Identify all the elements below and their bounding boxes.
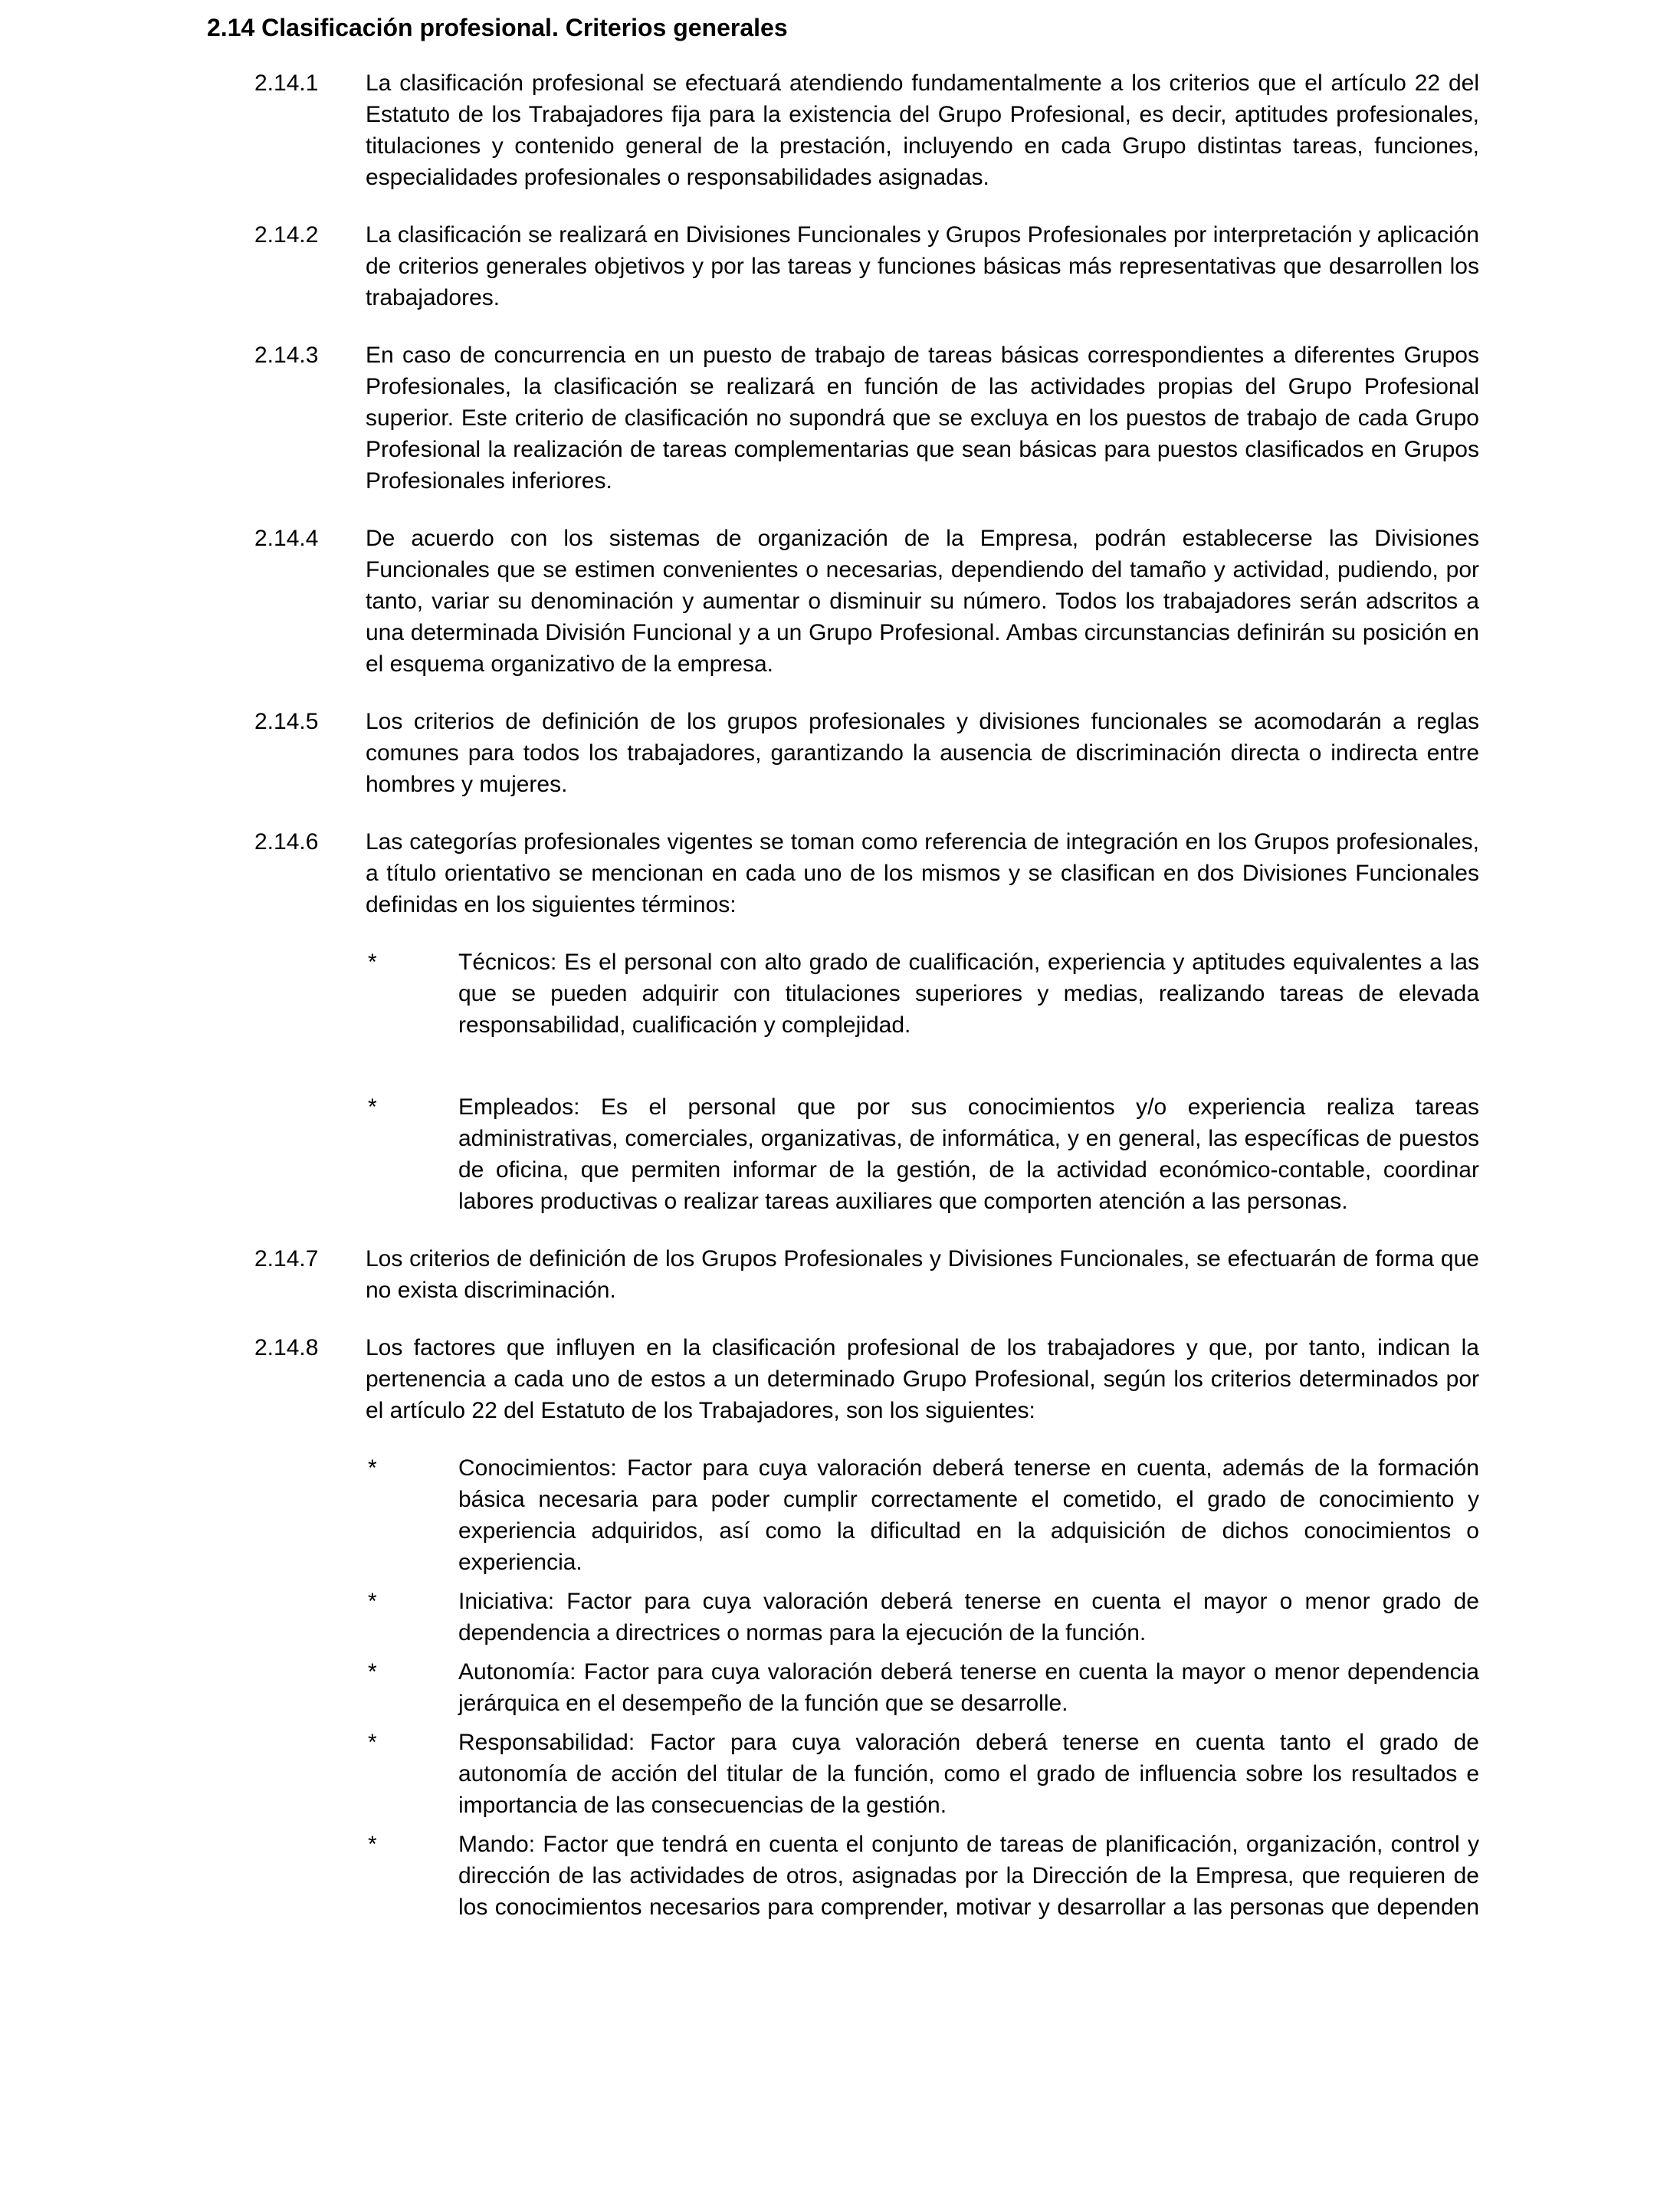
bullet-mando: * Mando: Factor que tendrá en cuenta el … xyxy=(368,1829,1479,1923)
asterisk-bullet-marker: * xyxy=(368,947,458,1041)
section-2.14.8: 2.14.8 Los factores que influyen en la c… xyxy=(254,1332,1479,1426)
section-2.14.5: 2.14.5 Los criterios de definición de lo… xyxy=(254,706,1479,800)
section-2.14.4: 2.14.4 De acuerdo con los sistemas de or… xyxy=(254,523,1479,680)
section-text: La clasificación profesional se efectuar… xyxy=(366,67,1479,193)
asterisk-bullet-marker: * xyxy=(368,1727,458,1821)
document-body: 2.14.1 La clasificación profesional se e… xyxy=(254,67,1479,1923)
bullet-autonomia: * Autonomía: Factor para cuya valoración… xyxy=(368,1656,1479,1719)
bullet-text: Técnicos: Es el personal con alto grado … xyxy=(458,947,1479,1041)
section-number: 2.14.1 xyxy=(254,67,366,193)
section-number: 2.14.3 xyxy=(254,340,366,497)
section-text: Los criterios de definición de los grupo… xyxy=(366,706,1479,800)
section-text: La clasificación se realizará en Divisio… xyxy=(366,219,1479,313)
bullet-iniciativa: * Iniciativa: Factor para cuya valoració… xyxy=(368,1586,1479,1649)
section-text: En caso de concurrencia en un puesto de … xyxy=(366,340,1479,497)
bullet-text: Iniciativa: Factor para cuya valoración … xyxy=(458,1586,1479,1649)
bullet-text: Mando: Factor que tendrá en cuenta el co… xyxy=(458,1829,1479,1923)
bullet-text: Responsabilidad: Factor para cuya valora… xyxy=(458,1727,1479,1821)
section-number: 2.14.7 xyxy=(254,1243,366,1306)
bullet-text: Conocimientos: Factor para cuya valoraci… xyxy=(458,1452,1479,1578)
section-number: 2.14.6 xyxy=(254,826,366,920)
bullet-responsabilidad: * Responsabilidad: Factor para cuya valo… xyxy=(368,1727,1479,1821)
section-number: 2.14.2 xyxy=(254,219,366,313)
asterisk-bullet-marker: * xyxy=(368,1452,458,1578)
section-number: 2.14.4 xyxy=(254,523,366,680)
bullet-conocimientos: * Conocimientos: Factor para cuya valora… xyxy=(368,1452,1479,1578)
section-2.14.6: 2.14.6 Las categorías profesionales vige… xyxy=(254,826,1479,920)
asterisk-bullet-marker: * xyxy=(368,1091,458,1217)
section-text: Los criterios de definición de los Grupo… xyxy=(366,1243,1479,1306)
bullet-text: Autonomía: Factor para cuya valoración d… xyxy=(458,1656,1479,1719)
asterisk-bullet-marker: * xyxy=(368,1656,458,1719)
section-text: De acuerdo con los sistemas de organizac… xyxy=(366,523,1479,680)
section-number: 2.14.8 xyxy=(254,1332,366,1426)
bullet-empleados: * Empleados: Es el personal que por sus … xyxy=(368,1091,1479,1217)
section-text: Las categorías profesionales vigentes se… xyxy=(366,826,1479,920)
section-2.14.2: 2.14.2 La clasificación se realizará en … xyxy=(254,219,1479,313)
page-title: 2.14 Clasificación profesional. Criterio… xyxy=(207,12,788,43)
asterisk-bullet-marker: * xyxy=(368,1829,458,1923)
section-2.14.7: 2.14.7 Los criterios de definición de lo… xyxy=(254,1243,1479,1306)
bullet-text: Empleados: Es el personal que por sus co… xyxy=(458,1091,1479,1217)
section-2.14.3: 2.14.3 En caso de concurrencia en un pue… xyxy=(254,340,1479,497)
bullet-tecnicos: * Técnicos: Es el personal con alto grad… xyxy=(368,947,1479,1041)
asterisk-bullet-marker: * xyxy=(368,1586,458,1649)
section-2.14.1: 2.14.1 La clasificación profesional se e… xyxy=(254,67,1479,193)
document-page: 2.14 Clasificación profesional. Criterio… xyxy=(0,0,1680,2195)
section-text: Los factores que influyen en la clasific… xyxy=(366,1332,1479,1426)
section-number: 2.14.5 xyxy=(254,706,366,800)
